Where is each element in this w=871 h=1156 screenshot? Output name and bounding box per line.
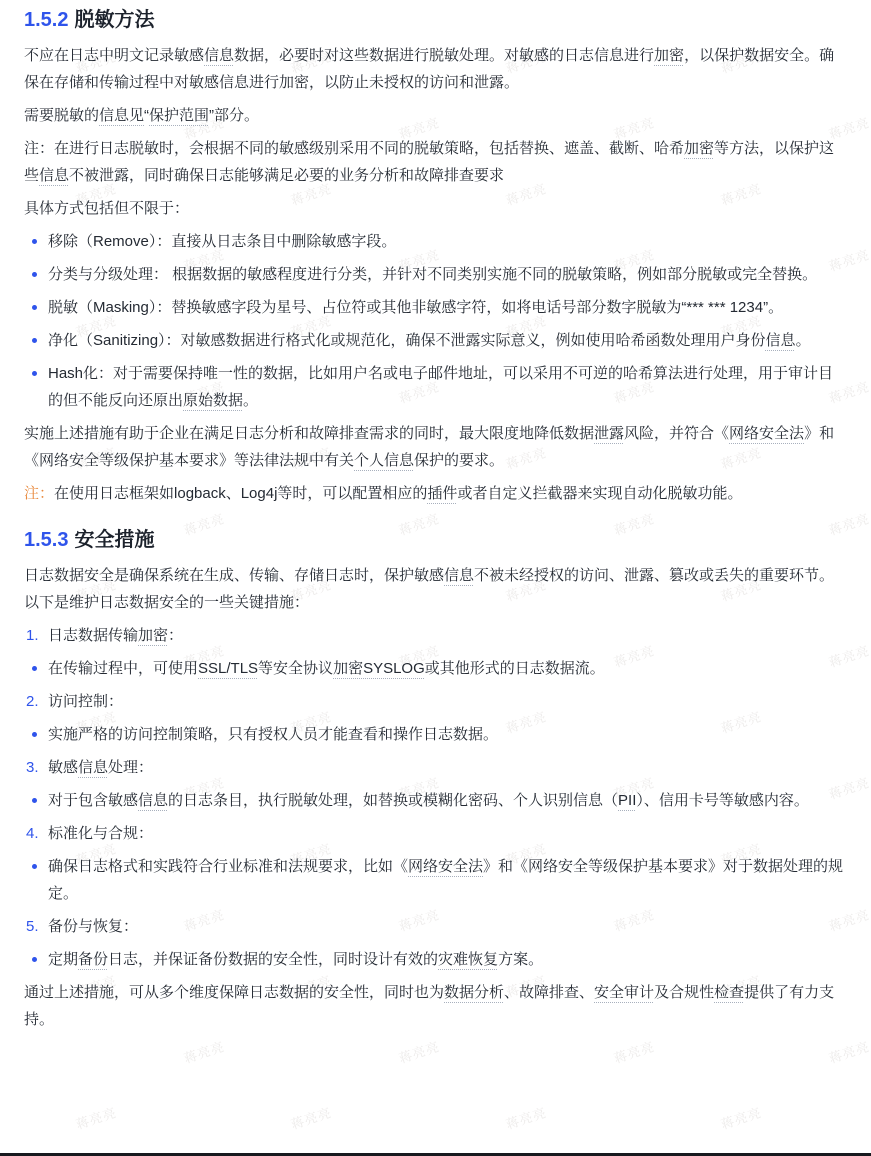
- text-segment: 信息: [39, 167, 69, 184]
- bullet-dot-icon: [32, 371, 37, 376]
- bullet-text: 在传输过程中，可使用SSL/TLS等安全协议加密SYSLOG或其他形式的日志数据…: [48, 655, 845, 682]
- bullet-dot-icon: [32, 732, 37, 737]
- text-segment: 注：在进行日志脱敏时，会根据不同的敏感级别采用不同的脱敏策略，包括替换、遮盖、截…: [24, 140, 684, 157]
- paragraph: 实施上述措施有助于企业在满足日志分析和故障排查需求的同时，最大限度地降低数据泄露…: [24, 420, 845, 474]
- text-segment: ）、信用卡号等敏感内容。: [636, 792, 809, 809]
- text-segment: 等安全协议: [258, 660, 333, 677]
- document-body: 1.5.2脱敏方法不应在日志中明文记录敏感信息数据，必要时对这些数据进行脱敏处理…: [0, 0, 871, 1033]
- text-segment: 原始数据: [183, 392, 243, 409]
- bullet-dot-icon: [32, 305, 37, 310]
- heading-number: 1.5.2: [24, 9, 68, 31]
- text-segment: 信息: [138, 792, 168, 809]
- bullet-item: 净化（Sanitizing）：对敏感数据进行格式化或规范化，确保不泄露实际意义，…: [24, 327, 845, 354]
- text-segment: 的日志条目，执行脱敏处理，如替换或模糊化密码、个人识别信息（: [168, 792, 618, 809]
- bullet-dot-icon: [32, 798, 37, 803]
- watermark-text: 蒋亮亮: [396, 1036, 442, 1067]
- list-number: 2.: [26, 688, 39, 715]
- text-segment: 备份: [78, 951, 108, 968]
- watermark-text: 蒋亮亮: [826, 1036, 871, 1067]
- watermark-text: 蒋亮亮: [503, 1102, 549, 1133]
- text-segment: 日志，并保证备份数据的安全性，同时设计有效的: [108, 951, 438, 968]
- bullet-item: 定期备份日志，并保证备份数据的安全性，同时设计有效的灾难恢复方案。: [24, 946, 845, 973]
- watermark-text: 蒋亮亮: [718, 1102, 764, 1133]
- bullet-item: 移除（Remove）：直接从日志条目中删除敏感字段。: [24, 228, 845, 255]
- bullet-item: 在传输过程中，可使用SSL/TLS等安全协议加密SYSLOG或其他形式的日志数据…: [24, 655, 845, 682]
- text-segment: 及合规性: [654, 984, 714, 1001]
- bullet-item: 分类与分级处理： 根据数据的敏感程度进行分类，并针对不同类别实施不同的脱敏策略，…: [24, 261, 845, 288]
- paragraph: 日志数据安全是确保系统在生成、传输、存储日志时，保护敏感信息不被未经授权的访问、…: [24, 562, 845, 616]
- bullet-text: 分类与分级处理： 根据数据的敏感程度进行分类，并针对不同类别实施不同的脱敏策略，…: [48, 261, 845, 288]
- text-segment: PII: [618, 792, 636, 809]
- paragraph: 通过上述措施，可从多个维度保障日志数据的安全性，同时也为数据分析、故障排查、安全…: [24, 979, 845, 1033]
- bullet-text: 脱敏（Masking）：替换敏感字段为星号、占位符或其他非敏感字符，如将电话号部…: [48, 294, 845, 321]
- text-segment: 标准化与合规：: [48, 825, 153, 842]
- bullet-dot-icon: [32, 864, 37, 869]
- text-segment: 净化（Sanitizing）：对敏感数据进行格式化或规范化，确保不泄露实际意义，…: [48, 332, 766, 349]
- list-number: 1.: [26, 622, 39, 649]
- watermark-text: 蒋亮亮: [181, 1036, 227, 1067]
- list-number: 3.: [26, 754, 39, 781]
- watermark-text: 蒋亮亮: [288, 1102, 334, 1133]
- bullet-item: 实施严格的访问控制策略，只有授权人员才能查看和操作日志数据。: [24, 721, 845, 748]
- text-segment: 数据分析: [444, 984, 504, 1001]
- text-segment: 加密: [138, 627, 168, 644]
- text-segment: 插件: [427, 485, 457, 502]
- bullet-item: 确保日志格式和实践符合行业标准和法规要求，比如《网络安全法》和《网络安全等级保护…: [24, 853, 845, 907]
- paragraph: 具体方式包括但不限于：: [24, 195, 845, 222]
- numbered-text: 访问控制：: [48, 688, 845, 715]
- text-segment: SSL/TLS: [198, 660, 258, 677]
- list-number: 4.: [26, 820, 39, 847]
- text-segment: 。: [796, 332, 811, 349]
- text-segment: 在使用日志框架如logback、Log4j等时，可以配置相应的: [54, 485, 427, 502]
- text-segment: 检查: [714, 984, 744, 1001]
- text-segment: 加密: [654, 47, 684, 64]
- paragraph: 注：在使用日志框架如logback、Log4j等时，可以配置相应的插件或者自定义…: [24, 480, 845, 507]
- numbered-item: 2.访问控制：: [24, 688, 845, 715]
- numbered-text: 敏感信息处理：: [48, 754, 845, 781]
- text-segment: ：: [168, 627, 183, 644]
- bullet-dot-icon: [32, 338, 37, 343]
- text-segment: 、故障排查、: [504, 984, 594, 1001]
- text-segment: 不被泄露，同时确保日志能够满足必要的业务分析和故障排查要求: [69, 167, 504, 184]
- text-segment: 保护范围: [149, 107, 209, 124]
- text-segment: 或其他形式的日志数据流。: [425, 660, 605, 677]
- heading-title: 脱敏方法: [74, 9, 154, 31]
- bullet-text: 确保日志格式和实践符合行业标准和法规要求，比如《网络安全法》和《网络安全等级保护…: [48, 853, 845, 907]
- text-segment: 在传输过程中，可使用: [48, 660, 198, 677]
- text-segment: 加密: [684, 140, 714, 157]
- text-segment: 数据，必要时对这些数据进行脱敏处理。对敏感的日志信息进行: [234, 47, 654, 64]
- numbered-text: 日志数据传输加密：: [48, 622, 845, 649]
- text-segment: 需要脱敏的: [24, 107, 99, 124]
- text-segment: 分类与分级处理： 根据数据的敏感程度进行分类，并针对不同类别实施不同的脱敏策略，…: [48, 266, 817, 283]
- bullet-text: 移除（Remove）：直接从日志条目中删除敏感字段。: [48, 228, 845, 255]
- bullet-dot-icon: [32, 272, 37, 277]
- text-segment: 信息: [444, 567, 474, 584]
- text-segment: 网络安全法: [408, 858, 483, 875]
- text-segment: ”部分。: [209, 107, 259, 124]
- text-segment: 处理：: [108, 759, 153, 776]
- text-segment: 灾难恢复: [438, 951, 498, 968]
- note-label: 注：: [24, 485, 54, 502]
- text-segment: 信息: [204, 47, 234, 64]
- text-segment: 定期: [48, 951, 78, 968]
- numbered-text: 标准化与合规：: [48, 820, 845, 847]
- bullet-text: 净化（Sanitizing）：对敏感数据进行格式化或规范化，确保不泄露实际意义，…: [48, 327, 845, 354]
- text-segment: 信息: [78, 759, 108, 776]
- text-segment: 泄露: [594, 425, 624, 442]
- paragraph: 注：在进行日志脱敏时，会根据不同的敏感级别采用不同的脱敏策略，包括替换、遮盖、截…: [24, 135, 845, 189]
- text-segment: 保护的要求。: [414, 452, 504, 469]
- paragraph: 不应在日志中明文记录敏感信息数据，必要时对这些数据进行脱敏处理。对敏感的日志信息…: [24, 42, 845, 96]
- text-segment: 不应在日志中明文记录敏感: [24, 47, 204, 64]
- numbered-text: 备份与恢复：: [48, 913, 845, 940]
- numbered-item: 5.备份与恢复：: [24, 913, 845, 940]
- text-segment: 安全审计: [594, 984, 654, 1001]
- text-segment: 个人信息: [354, 452, 414, 469]
- watermark-text: 蒋亮亮: [73, 1102, 119, 1133]
- text-segment: 日志数据安全是确保系统在生成、传输、存储日志时，保护敏感: [24, 567, 444, 584]
- text-segment: 备份与恢复：: [48, 918, 138, 935]
- bullet-dot-icon: [32, 957, 37, 962]
- heading-number: 1.5.3: [24, 529, 68, 551]
- bullet-item: 对于包含敏感信息的日志条目，执行脱敏处理，如替换或模糊化密码、个人识别信息（PI…: [24, 787, 845, 814]
- text-segment: 网络安全法: [729, 425, 804, 442]
- text-segment: Hash化：对于需要保持唯一性的数据，比如用户名或电子邮件地址，可以采用不可逆的…: [48, 365, 833, 409]
- bullet-item: Hash化：对于需要保持唯一性的数据，比如用户名或电子邮件地址，可以采用不可逆的…: [24, 360, 845, 414]
- text-segment: 。: [243, 392, 258, 409]
- section-heading: 1.5.2脱敏方法: [24, 7, 845, 34]
- text-segment: 移除（Remove）：直接从日志条目中删除敏感字段。: [48, 233, 396, 250]
- numbered-item: 1.日志数据传输加密：: [24, 622, 845, 649]
- text-segment: 或者自定义拦截器来实现自动化脱敏功能。: [457, 485, 742, 502]
- numbered-item: 4.标准化与合规：: [24, 820, 845, 847]
- bullet-text: 实施严格的访问控制策略，只有授权人员才能查看和操作日志数据。: [48, 721, 845, 748]
- text-segment: 加密SYSLOG: [333, 660, 425, 677]
- text-segment: 方案。: [498, 951, 543, 968]
- text-segment: 具体方式包括但不限于：: [24, 200, 189, 217]
- watermark-text: 蒋亮亮: [611, 1036, 657, 1067]
- text-segment: 风险，并符合《: [624, 425, 729, 442]
- bullet-text: Hash化：对于需要保持唯一性的数据，比如用户名或电子邮件地址，可以采用不可逆的…: [48, 360, 845, 414]
- text-segment: 确保日志格式和实践符合行业标准和法规要求，比如《: [48, 858, 408, 875]
- section-heading: 1.5.3安全措施: [24, 527, 845, 554]
- text-segment: 敏感: [48, 759, 78, 776]
- text-segment: 信息见: [99, 107, 144, 124]
- bullet-item: 脱敏（Masking）：替换敏感字段为星号、占位符或其他非敏感字符，如将电话号部…: [24, 294, 845, 321]
- paragraph: 需要脱敏的信息见“保护范围”部分。: [24, 102, 845, 129]
- bullet-dot-icon: [32, 239, 37, 244]
- text-segment: 通过上述措施，可从多个维度保障日志数据的安全性，同时也为: [24, 984, 444, 1001]
- text-segment: 访问控制：: [48, 693, 123, 710]
- numbered-item: 3.敏感信息处理：: [24, 754, 845, 781]
- text-segment: 对于包含敏感: [48, 792, 138, 809]
- bullet-text: 定期备份日志，并保证备份数据的安全性，同时设计有效的灾难恢复方案。: [48, 946, 845, 973]
- text-segment: 脱敏（Masking）：替换敏感字段为星号、占位符或其他非敏感字符，如将电话号部…: [48, 299, 783, 316]
- bullet-text: 对于包含敏感信息的日志条目，执行脱敏处理，如替换或模糊化密码、个人识别信息（PI…: [48, 787, 845, 814]
- list-number: 5.: [26, 913, 39, 940]
- bullet-dot-icon: [32, 666, 37, 671]
- text-segment: 信息: [766, 332, 796, 349]
- text-segment: 实施上述措施有助于企业在满足日志分析和故障排查需求的同时，最大限度地降低数据: [24, 425, 594, 442]
- text-segment: 实施严格的访问控制策略，只有授权人员才能查看和操作日志数据。: [48, 726, 498, 743]
- heading-title: 安全措施: [74, 529, 154, 551]
- text-segment: 日志数据传输: [48, 627, 138, 644]
